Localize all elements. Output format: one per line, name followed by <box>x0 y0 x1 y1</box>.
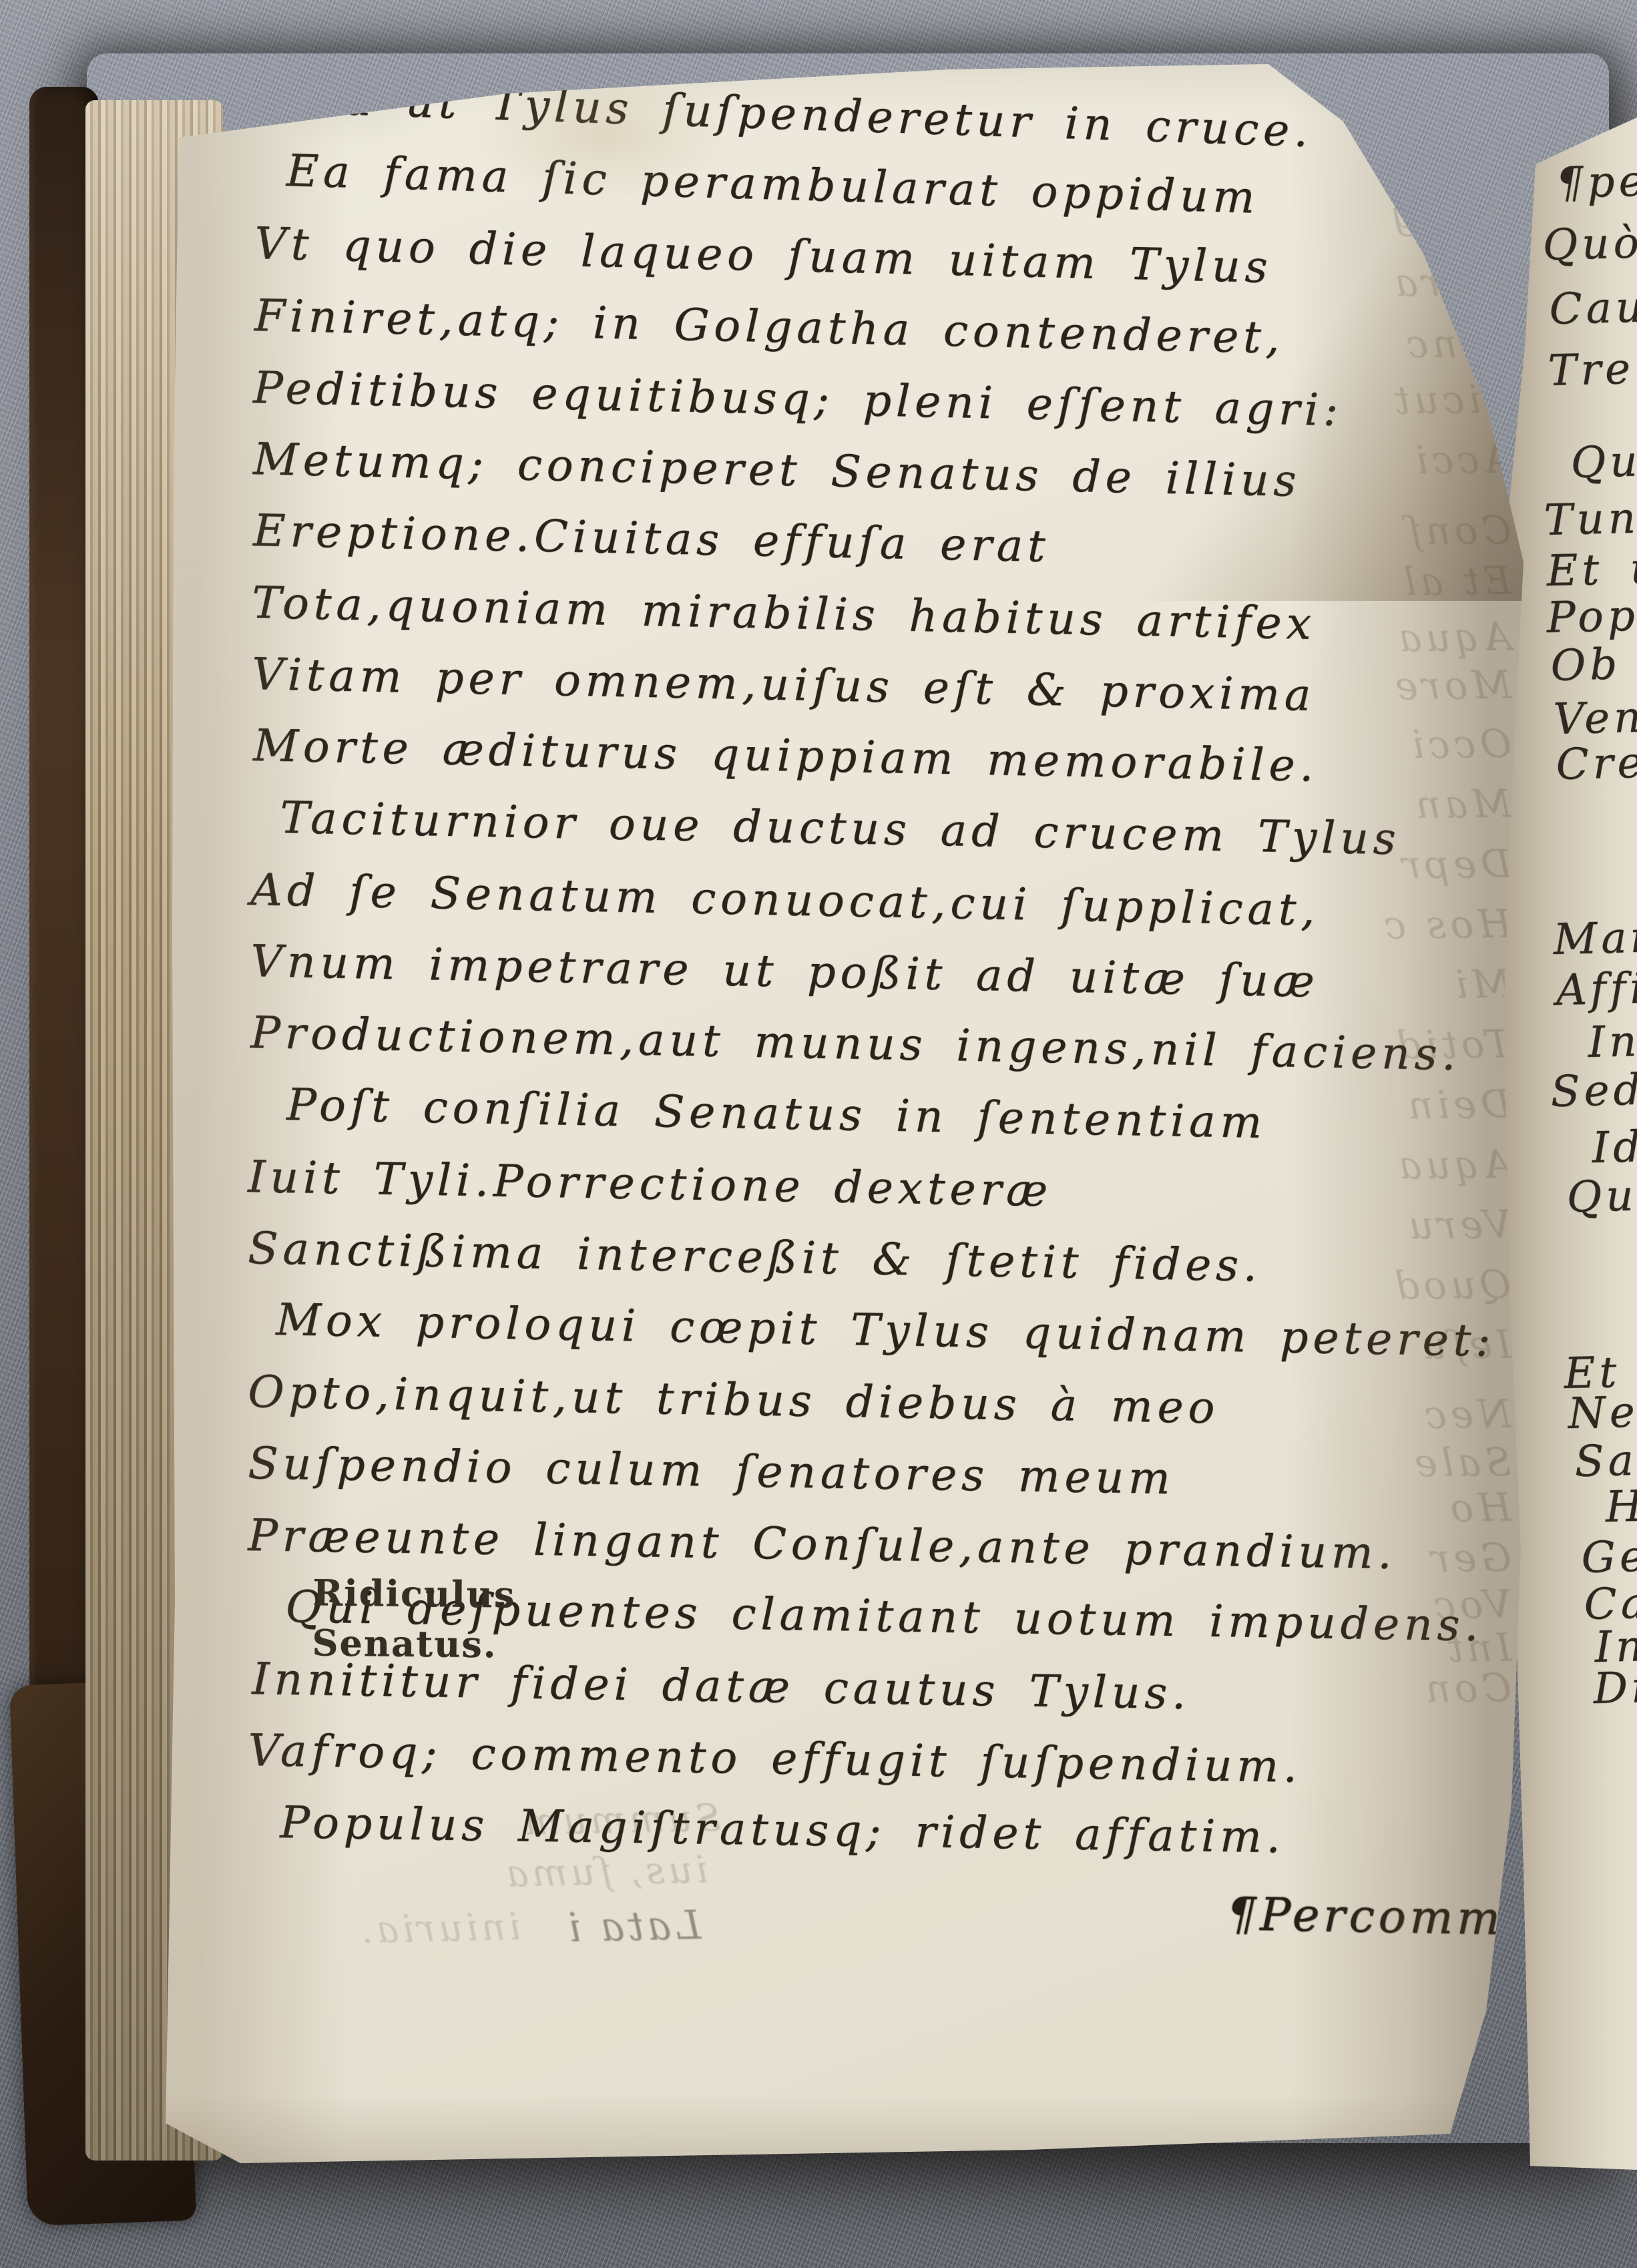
right-page-text-line: Qui <box>1570 440 1637 485</box>
right-page-text-line: Cauſ <box>1584 1581 1637 1626</box>
right-page-text-line: Affini <box>1556 966 1637 1012</box>
page-shading <box>0 0 1637 2268</box>
right-page-text-line: ¶perc <box>1556 159 1637 205</box>
right-page-text-line: Tunica <box>1544 495 1637 542</box>
left-page: Cui gMoraHincSicutAcciConſEt alAquaMoreO… <box>0 0 1637 2268</box>
right-page-text-line: Poplit <box>1546 594 1637 640</box>
right-page-text-line: In qu <box>1588 1018 1637 1064</box>
right-page-text-line: Sed da <box>1550 1066 1637 1114</box>
right-page-text-line: Credit <box>1556 740 1637 786</box>
right-page-text-line: Veniſſ <box>1553 695 1637 741</box>
right-page-text-line: Die <box>1593 1666 1637 1711</box>
right-page-text-line: Gene <box>1581 1534 1637 1580</box>
right-page-text-line: Treuer <box>1548 346 1637 393</box>
right-page-text-line: Sale <box>1574 1438 1637 1484</box>
right-page-text-line: Ho <box>1605 1484 1637 1529</box>
right-page-text-line: Inte <box>1594 1624 1637 1669</box>
right-page-text-line: Maior <box>1553 915 1637 961</box>
right-page-text-line: Id pr <box>1592 1124 1637 1170</box>
right-page-text-line: Et und <box>1546 545 1637 592</box>
right-page-text-line: Nec q <box>1568 1389 1637 1435</box>
book-photo-stage: ¶percQuòd cCauſa eTreuerQuiTunicaEt undP… <box>0 0 1637 2268</box>
right-page-text-line: Quòd c <box>1542 220 1637 267</box>
right-page-text-line: Qui p <box>1566 1173 1637 1219</box>
right-page-text-line: Ob uil <box>1550 641 1637 688</box>
right-page-text-line: Cauſa e <box>1549 284 1637 331</box>
